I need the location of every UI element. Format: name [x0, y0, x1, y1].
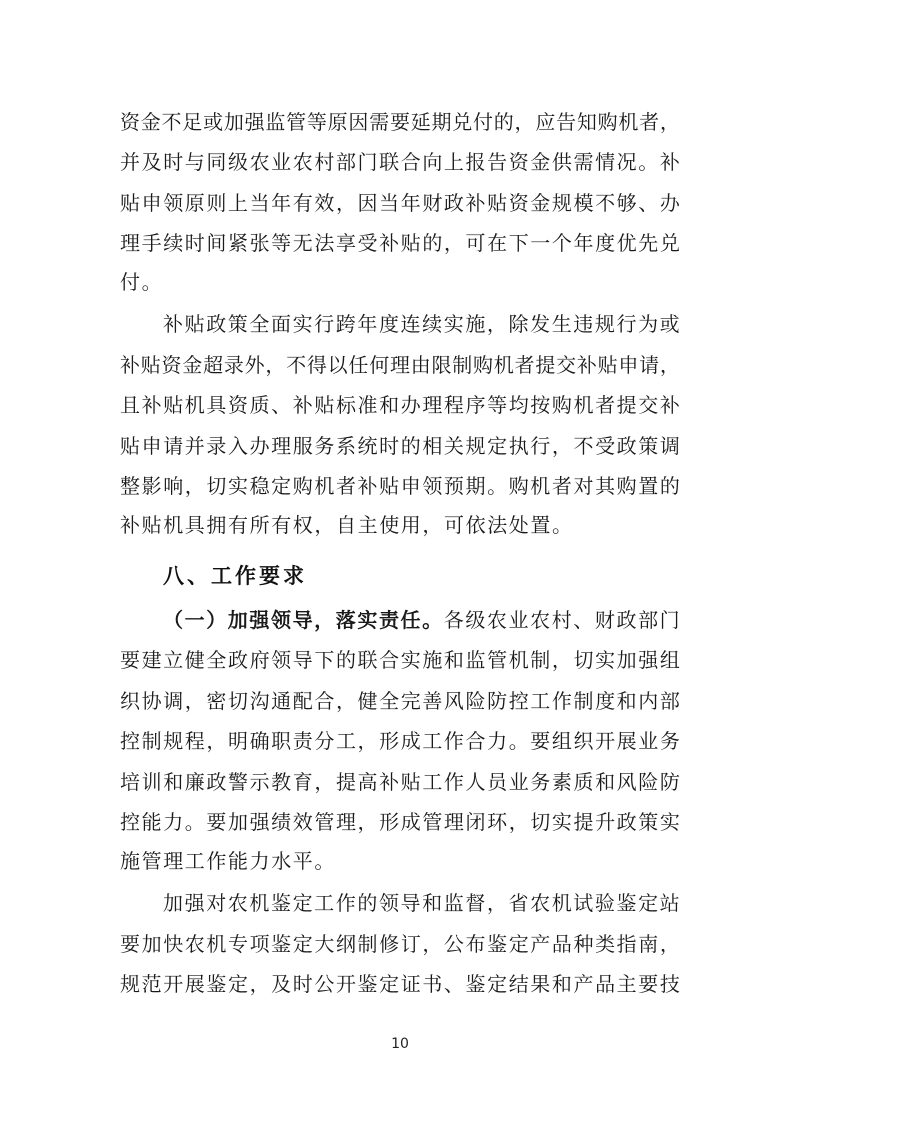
text-line: 贴申领原则上当年有效，因当年财政补贴资金规模不够、办	[120, 181, 680, 222]
document-page: 资金不足或加强监管等原因需要延期兑付的，应告知购机者，并及时与同级农业农村部门联…	[0, 0, 916, 1122]
text-line: 付。	[120, 262, 680, 303]
text-line: 并及时与同级农业农村部门联合向上报告资金供需情况。补	[120, 141, 680, 182]
text-line: 补贴机具拥有所有权，自主使用，可依法处置。	[120, 505, 680, 546]
text-line: 补贴政策全面实行跨年度连续实施，除发生违规行为或	[120, 303, 680, 344]
text-line: （一）加强领导，落实责任。各级农业农村、财政部门	[120, 598, 680, 639]
text-line: 要加快农机专项鉴定大纲制修订，公布鉴定产品种类指南，	[120, 922, 680, 963]
text-line: 资金不足或加强监管等原因需要延期兑付的，应告知购机者，	[120, 100, 680, 141]
text-line: 控制规程，明确职责分工，形成工作合力。要组织开展业务	[120, 720, 680, 761]
text-line: 整影响，切实稳定购机者补贴申领预期。购机者对其购置的	[120, 465, 680, 506]
text-line: 理手续时间紧张等无法享受补贴的，可在下一个年度优先兑	[120, 222, 680, 263]
text-line: 规范开展鉴定，及时公开鉴定证书、鉴定结果和产品主要技	[120, 963, 680, 1004]
text-line: 施管理工作能力水平。	[120, 841, 680, 882]
text-line: 织协调，密切沟通配合，健全完善风险防控工作制度和内部	[120, 679, 680, 720]
document-text: 资金不足或加强监管等原因需要延期兑付的，应告知购机者，并及时与同级农业农村部门联…	[120, 100, 680, 1003]
text-line: 且补贴机具资质、补贴标准和办理程序等均按购机者提交补	[120, 384, 680, 425]
text-line: 控能力。要加强绩效管理，形成管理闭环，切实提升政策实	[120, 801, 680, 842]
page-number: 10	[120, 1036, 680, 1052]
text-line: 加强对农机鉴定工作的领导和监督，省农机试验鉴定站	[120, 882, 680, 923]
section-heading: 八、工作要求	[120, 556, 680, 597]
text-line: 贴申请并录入办理服务系统时的相关规定执行，不受政策调	[120, 424, 680, 465]
text-line: 补贴资金超录外，不得以任何理由限制购机者提交补贴申请，	[120, 343, 680, 384]
text-line: 培训和廉政警示教育，提高补贴工作人员业务素质和风险防	[120, 760, 680, 801]
text-line: 要建立健全政府领导下的联合实施和监管机制，切实加强组	[120, 639, 680, 680]
